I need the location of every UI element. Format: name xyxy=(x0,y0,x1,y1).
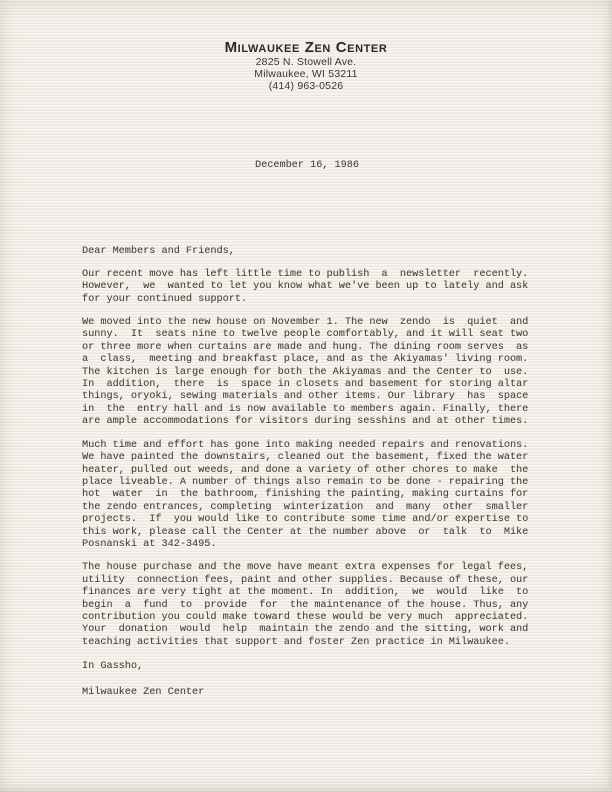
phone-number: (414) 963-0526 xyxy=(0,80,612,92)
closing: In Gassho, xyxy=(82,661,552,673)
body-paragraph: Our recent move has left little time to … xyxy=(82,269,552,306)
org-name: Milwaukee Zen Center xyxy=(0,40,612,56)
letter-body: December 16, 1986 Dear Members and Frien… xyxy=(82,160,552,699)
date-line: December 16, 1986 xyxy=(255,160,552,172)
body-paragraph: We moved into the new house on November … xyxy=(82,317,552,429)
letter-page: Milwaukee Zen Center 2825 N. Stowell Ave… xyxy=(0,0,612,792)
body-paragraph: The house purchase and the move have mea… xyxy=(82,562,552,649)
salutation: Dear Members and Friends, xyxy=(82,246,552,258)
body-paragraph: Much time and effort has gone into makin… xyxy=(82,440,552,552)
address-line-1: 2825 N. Stowell Ave. xyxy=(0,56,612,68)
letterhead: Milwaukee Zen Center 2825 N. Stowell Ave… xyxy=(0,0,612,92)
signature: Milwaukee Zen Center xyxy=(82,687,552,699)
address-line-2: Milwaukee, WI 53211 xyxy=(0,68,612,80)
